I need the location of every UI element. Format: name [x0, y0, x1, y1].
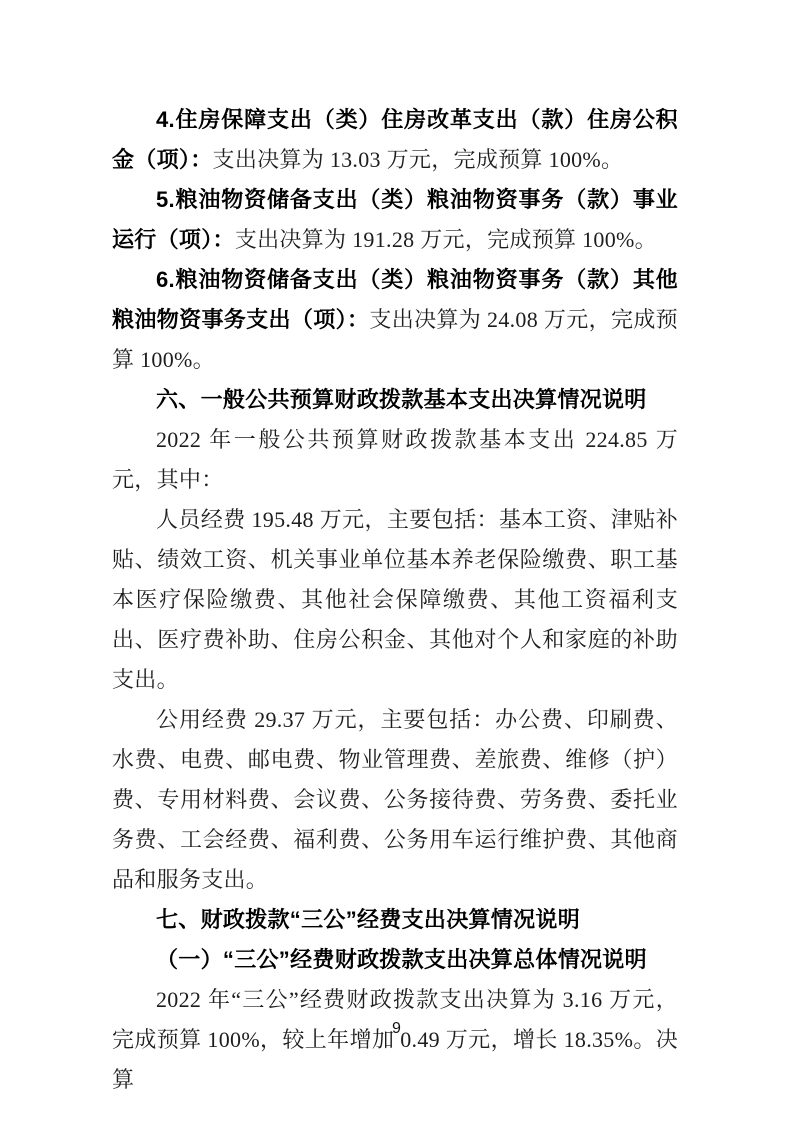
paragraph-personnel-expense: 人员经费 195.48 万元，主要包括：基本工资、津贴补贴、绩效工资、机关事业单… — [112, 500, 678, 700]
page-number: 9 — [0, 1016, 793, 1042]
document-page: 4.住房保障支出（类）住房改革支出（款）住房公积金（项）：支出决算为 13.03… — [0, 0, 793, 1122]
paragraph-item-6: 6.粮油物资储备支出（类）粮油物资事务（款）其他粮油物资事务支出（项）：支出决算… — [112, 260, 678, 380]
section-heading-six: 六、一般公共预算财政拨款基本支出决算情况说明 — [112, 380, 678, 420]
paragraph-item-4: 4.住房保障支出（类）住房改革支出（款）住房公积金（项）：支出决算为 13.03… — [112, 100, 678, 180]
paragraph-item-5: 5.粮油物资储备支出（类）粮油物资事务（款）事业运行（项）：支出决算为 191.… — [112, 180, 678, 260]
subsection-heading-one: （一）“三公”经费财政拨款支出决算总体情况说明 — [112, 940, 678, 980]
document-body: 4.住房保障支出（类）住房改革支出（款）住房公积金（项）：支出决算为 13.03… — [112, 100, 678, 1100]
item-4-text: 支出决算为 13.03 万元，完成预算 100%。 — [213, 147, 624, 172]
paragraph-public-expense: 公用经费 29.37 万元，主要包括：办公费、印刷费、水费、电费、邮电费、物业管… — [112, 700, 678, 900]
section-heading-seven: 七、财政拨款“三公”经费支出决算情况说明 — [112, 900, 678, 940]
item-5-text: 支出决算为 191.28 万元，完成预算 100%。 — [235, 227, 657, 252]
paragraph-basic-expense-total: 2022 年一般公共预算财政拨款基本支出 224.85 万元，其中： — [112, 420, 678, 500]
